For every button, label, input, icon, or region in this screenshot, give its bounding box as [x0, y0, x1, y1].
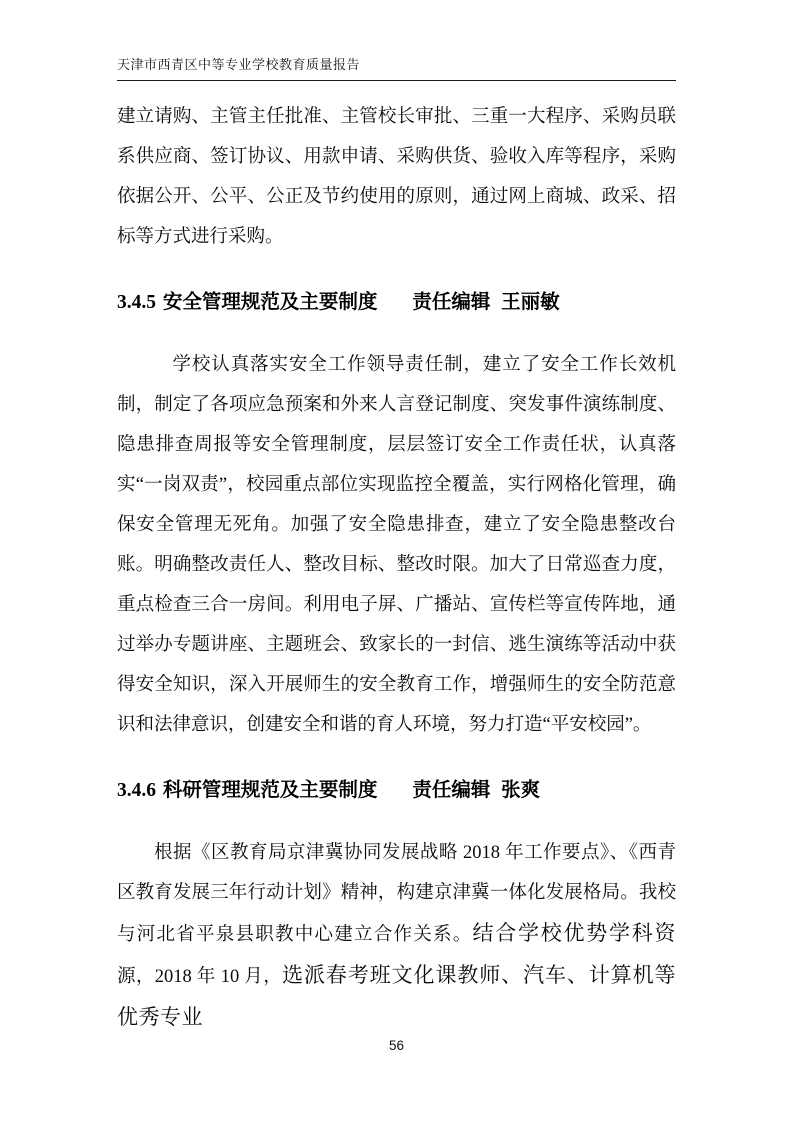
- editor-name: 张爽: [501, 780, 540, 801]
- page-content: 建立请购、主管主任批准、主管校长审批、三重一大程序、采购员联系供应商、签订协议、…: [117, 97, 676, 1039]
- editor-label: 责任编辑: [412, 780, 490, 801]
- section-heading-3-4-6: 3.4.6科研管理规范及主要制度责任编辑张爽: [117, 778, 676, 804]
- section-number: 3.4.6: [117, 780, 156, 801]
- paragraph-safety-management-text: 学校认真落实安全工作领导责任制，建立了安全工作长效机制，制定了各项应急预案和外来…: [117, 355, 676, 735]
- section-heading-3-4-5: 3.4.5安全管理规范及主要制度责任编辑王丽敏: [117, 290, 676, 316]
- paragraph-research-management: 根据《区教育局京津冀协同发展战略 2018 年工作要点》、《西青区教育发展三年行…: [117, 833, 676, 1039]
- section-title: 科研管理规范及主要制度: [163, 780, 378, 801]
- document-page: 天津市西青区中等专业学校教育质量报告 建立请购、主管主任批准、主管校长审批、三重…: [0, 0, 793, 1122]
- page-footer: 56: [0, 1037, 793, 1055]
- editor-name: 王丽敏: [501, 292, 560, 313]
- section-title: 安全管理规范及主要制度: [163, 292, 378, 313]
- page-number: 56: [389, 1038, 404, 1053]
- paragraph-research-segment-2-altfont: 结合学校优势学科资: [473, 921, 677, 945]
- running-header-title: 天津市西青区中等专业学校教育质量报告: [117, 54, 676, 73]
- page-header: 天津市西青区中等专业学校教育质量报告: [117, 54, 676, 81]
- paragraph-research-segment-3: 源，2018 年 10 月，: [117, 967, 282, 987]
- paragraph-procurement: 建立请购、主管主任批准、主管校长审批、三重一大程序、采购员联系供应商、签订协议、…: [117, 97, 676, 257]
- paragraph-safety-management: 学校认真落实安全工作领导责任制，建立了安全工作长效机制，制定了各项应急预案和外来…: [117, 345, 676, 745]
- paragraph-procurement-text: 建立请购、主管主任批准、主管校长审批、三重一大程序、采购员联系供应商、签订协议、…: [117, 107, 676, 247]
- section-number: 3.4.5: [117, 292, 156, 313]
- editor-label: 责任编辑: [412, 292, 490, 313]
